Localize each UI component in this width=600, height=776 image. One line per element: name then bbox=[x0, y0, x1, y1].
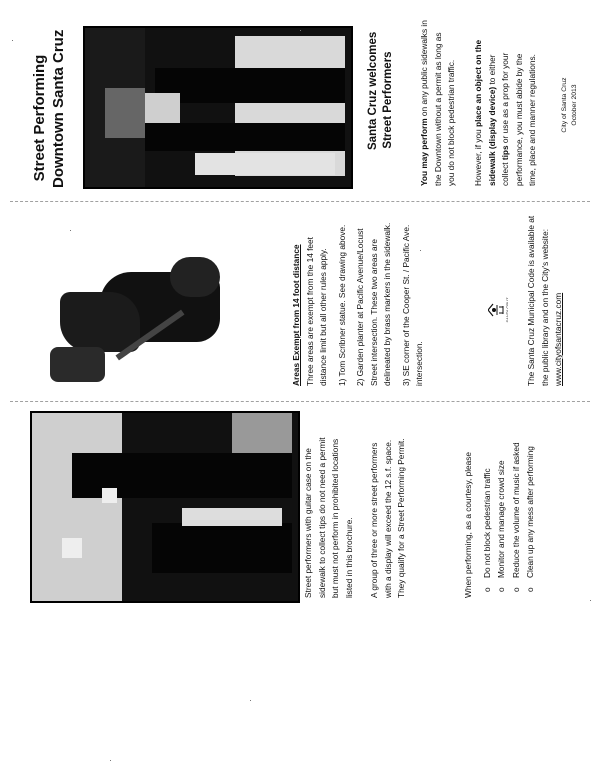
text-span: collect bbox=[500, 160, 510, 186]
text-line: A group of three or more street performe… bbox=[368, 423, 382, 598]
text-line: you do not block pedestrian traffic. bbox=[445, 26, 459, 186]
courtesy-list: oDo not block pedestrian traffic oMonito… bbox=[480, 423, 538, 598]
cover-title-line2: Downtown Santa Cruz bbox=[49, 48, 68, 188]
exempt-areas-section: Areas Exempt from 14 foot distance Three… bbox=[290, 236, 427, 386]
exempt-item-1: 1) Tom Scribner statue. See drawing abov… bbox=[336, 236, 350, 386]
courtesy-item: oClean up any mess after performing bbox=[523, 423, 538, 592]
text-line: the Downtown without a permit as long as bbox=[432, 26, 446, 186]
text-span: However, if you bbox=[473, 127, 483, 186]
footer-date: October 2013 bbox=[570, 75, 580, 135]
text-line: but must not perform in prohibited locat… bbox=[329, 423, 343, 598]
scan-speck bbox=[110, 760, 111, 761]
text-line: the public library and on the City's web… bbox=[539, 236, 553, 386]
text-span: or use as a prop for your bbox=[500, 53, 510, 146]
courtesy-item-text: Monitor and manage crowd size bbox=[496, 460, 506, 578]
courtesy-item-text: Clean up any mess after performing bbox=[525, 446, 535, 578]
text-emphasis: tips bbox=[500, 145, 510, 160]
cover-title-line1: Street Performing bbox=[30, 48, 49, 188]
municipal-code-note: The Santa Cruz Municipal Code is availab… bbox=[525, 236, 566, 386]
text-span: on any public sidewalks in bbox=[419, 20, 429, 118]
bullet-icon: o bbox=[480, 578, 495, 592]
text-line: intersection. bbox=[413, 236, 427, 386]
performers-paragraph-1: Street performers with guitar case on th… bbox=[302, 423, 356, 598]
text-line: time, place and manner regulations. bbox=[526, 26, 540, 186]
courtesy-item-text: Do not block pedestrian traffic bbox=[482, 468, 492, 578]
scan-speck bbox=[420, 250, 421, 251]
welcome-footer: City of Santa Cruz October 2013 bbox=[560, 75, 580, 135]
svg-text:SANTA CRUZ: SANTA CRUZ bbox=[505, 297, 508, 323]
performers-photo bbox=[30, 411, 300, 603]
cover-title: Street Performing Downtown Santa Cruz bbox=[30, 48, 68, 188]
performers-paragraph-2: A group of three or more street performe… bbox=[368, 423, 409, 598]
bullet-icon: o bbox=[509, 578, 524, 592]
scan-speck bbox=[300, 30, 301, 31]
text-line: performance, you must abide by the bbox=[513, 26, 527, 186]
welcome-heading: Santa Cruz welcomes Street Performers bbox=[366, 50, 396, 150]
text-line: Street performers with guitar case on th… bbox=[302, 423, 316, 598]
welcome-heading-line1: Santa Cruz welcomes bbox=[366, 50, 381, 150]
scan-speck bbox=[70, 230, 71, 231]
welcome-paragraph-1: You may perform on any public sidewalks … bbox=[418, 26, 459, 186]
perform-emphasis: You may perform bbox=[419, 118, 429, 186]
statue-photo bbox=[50, 252, 240, 384]
courtesy-section: When performing, as a courtesy, please o… bbox=[462, 423, 538, 598]
courtesy-item-text: Reduce the volume of music if asked bbox=[511, 442, 521, 578]
courtesy-item: oDo not block pedestrian traffic bbox=[480, 423, 495, 592]
welcome-heading-line2: Street Performers bbox=[381, 50, 396, 150]
text-line: delineated by brass markers in the sidew… bbox=[381, 236, 395, 386]
scan-speck bbox=[590, 600, 591, 601]
text-line: They qualify for a Street Performing Per… bbox=[395, 423, 409, 598]
cover-photo bbox=[83, 26, 353, 189]
scan-speck bbox=[12, 40, 13, 41]
bullet-icon: o bbox=[523, 578, 538, 592]
welcome-paragraph-2: However, if you place an object on the s… bbox=[472, 26, 540, 186]
exempt-item-3: 3) SE corner of the Cooper St. / Pacific… bbox=[400, 236, 414, 386]
text-line: Street intersection. These two areas are bbox=[368, 236, 382, 386]
text-line: distance limit but all other rules apply… bbox=[317, 236, 331, 386]
exempt-heading: Areas Exempt from 14 foot distance bbox=[290, 236, 304, 386]
text-span: to either bbox=[487, 55, 497, 87]
fold-line-1 bbox=[10, 201, 590, 202]
exempt-item-2: 2) Garden planter at Pacific Avenue/Locu… bbox=[354, 236, 368, 386]
fold-line-2 bbox=[10, 401, 590, 402]
text-line: Three areas are exempt from the 14 feet bbox=[304, 236, 318, 386]
city-website-link[interactable]: www.cityofsantacruz.com bbox=[552, 236, 566, 386]
courtesy-item: oReduce the volume of music if asked bbox=[509, 423, 524, 592]
text-line: sidewalk to collect tips do not need a p… bbox=[316, 423, 330, 598]
footer-org: City of Santa Cruz bbox=[560, 75, 570, 135]
text-emphasis: sidewalk (display device) bbox=[487, 87, 497, 186]
courtesy-intro: When performing, as a courtesy, please bbox=[462, 423, 476, 598]
text-line: The Santa Cruz Municipal Code is availab… bbox=[525, 236, 539, 386]
text-emphasis: place an object on the bbox=[473, 40, 483, 127]
city-logo-icon: SANTA CRUZ bbox=[488, 297, 508, 323]
bullet-icon: o bbox=[494, 578, 509, 592]
scan-speck bbox=[250, 700, 251, 701]
courtesy-item: oMonitor and manage crowd size bbox=[494, 423, 509, 592]
text-line: with a display will exceed the 12 s.f. s… bbox=[382, 423, 396, 598]
text-line: listed in this brochure. bbox=[343, 423, 357, 598]
